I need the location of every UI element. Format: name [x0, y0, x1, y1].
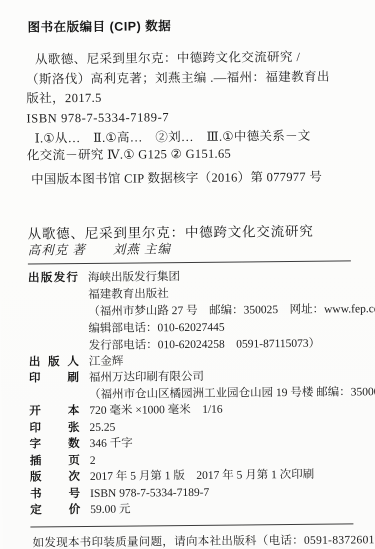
colophon-value: 25.25 [89, 418, 352, 436]
cip-record-line: （斯洛伐）高利克著；刘燕主编 .—福州：福建教育出 [26, 67, 349, 90]
colophon-value-line: 发行部电话：010-62024258 0591-87115073） [89, 334, 375, 353]
colophon-label: 开本 [29, 404, 79, 420]
quality-exchange-note: 如发现本书印装质量问题，请向本社出版科（电话：0591-83726019）调换。 [30, 531, 353, 549]
cip-record: 从歌德、尼采到里尔克：中德跨文化交流研究 / （斯洛伐）高利克著；刘燕主编 .—… [26, 47, 350, 109]
colophon-value: 海峡出版发行集团 福建教育出版社 （福州市梦山路 27 号 邮编：350025 … [88, 266, 375, 353]
colophon-value: 720 毫米 ×1000 毫米 1/16 [89, 401, 352, 419]
colophon-value-line: （福州市仓山区橘园洲工业园仓山园 19 号楼 邮编：350002） [89, 384, 375, 402]
cip-classification: Ⅰ.①从… Ⅱ.①高… ②刘… Ⅲ.①中德关系－文 化交流－研究 Ⅳ.① G12… [27, 127, 350, 164]
colophon-row-price: 定价 59.00 元 [30, 500, 353, 519]
colophon-value: 2017 年 5 月第 1 版 2017 年 5 月第 1 次印刷 [90, 467, 353, 485]
colophon-label: 出版发行 [28, 270, 78, 286]
colophon-row-wordcount: 字数 346 千字 [30, 434, 353, 453]
colophon-label: 印张 [29, 421, 79, 437]
colophon-value-line: 编辑部电话：010-62027445 [88, 317, 375, 336]
colophon-value-line: 海峡出版发行集团 [88, 271, 180, 284]
book-byline: 高利克 著 刘燕 主编 [28, 239, 351, 259]
divider-top [28, 260, 351, 264]
colophon-row-printer: 印刷 福州万达印刷有限公司 （福州市仓山区橘园洲工业园仓山园 19 号楼 邮编：… [29, 368, 352, 403]
colophon-value-line: （福州市梦山路 27 号 邮编：350025 网址：www.fep.com.cn [88, 300, 375, 319]
colophon-value: 59.00 元 [90, 500, 353, 518]
colophon-label: 字数 [30, 437, 80, 453]
colophon-label: 插页 [30, 454, 80, 470]
colophon-row-sheets: 印张 25.25 [29, 418, 352, 437]
colophon-row-inserts: 插页 2 [30, 451, 353, 470]
colophon-value: 2 [90, 451, 353, 469]
cip-classification-line: Ⅰ.①从… Ⅱ.①高… ②刘… Ⅲ.①中德关系－文 [27, 127, 350, 147]
colophon-value-line: 福州万达印刷有限公司 [89, 371, 204, 384]
colophon-label: 出版人 [29, 355, 79, 371]
colophon-value: 福州万达印刷有限公司 （福州市仓山区橘园洲工业园仓山园 19 号楼 邮编：350… [89, 368, 375, 403]
colophon-label: 定价 [30, 503, 80, 519]
colophon-label: 版次 [30, 470, 80, 486]
cip-isbn: ISBN 978-7-5334-7189-7 [26, 106, 349, 127]
divider-bottom [30, 523, 353, 527]
book-title: 从歌德、尼采到里尔克：中德跨文化交流研究 [27, 219, 350, 242]
colophon-label: 印刷 [29, 371, 79, 387]
colophon: 出版发行 海峡出版发行集团 福建教育出版社 （福州市梦山路 27 号 邮编：35… [28, 267, 353, 519]
colophon-value-line: 福建教育出版社 [88, 283, 375, 302]
colophon-row-format: 开本 720 毫米 ×1000 毫米 1/16 [29, 401, 352, 420]
colophon-row-isbn: 书号 ISBN 978-7-5334-7189-7 [30, 484, 353, 503]
colophon-row-edition: 版次 2017 年 5 月第 1 版 2017 年 5 月第 1 次印刷 [30, 467, 353, 486]
cip-header: 图书在版编目 (CIP) 数据 [28, 14, 349, 35]
colophon-row-publisher: 出版发行 海峡出版发行集团 福建教育出版社 （福州市梦山路 27 号 邮编：35… [28, 267, 352, 354]
colophon-value: ISBN 978-7-5334-7189-7 [90, 484, 353, 502]
colophon-label: 书号 [30, 487, 80, 503]
colophon-value: 江金辉 [89, 352, 352, 370]
cip-classification-line: 化交流－研究 Ⅳ.① G125 ② G151.65 [27, 144, 350, 164]
colophon-row-publisher-person: 出版人 江金辉 [29, 352, 352, 371]
copyright-page: 图书在版编目 (CIP) 数据 从歌德、尼采到里尔克：中德跨文化交流研究 / （… [0, 0, 375, 549]
colophon-value: 346 千字 [90, 434, 353, 452]
cip-registry-number: 中国版本图书馆 CIP 数据核字（2016）第 077977 号 [27, 166, 350, 187]
